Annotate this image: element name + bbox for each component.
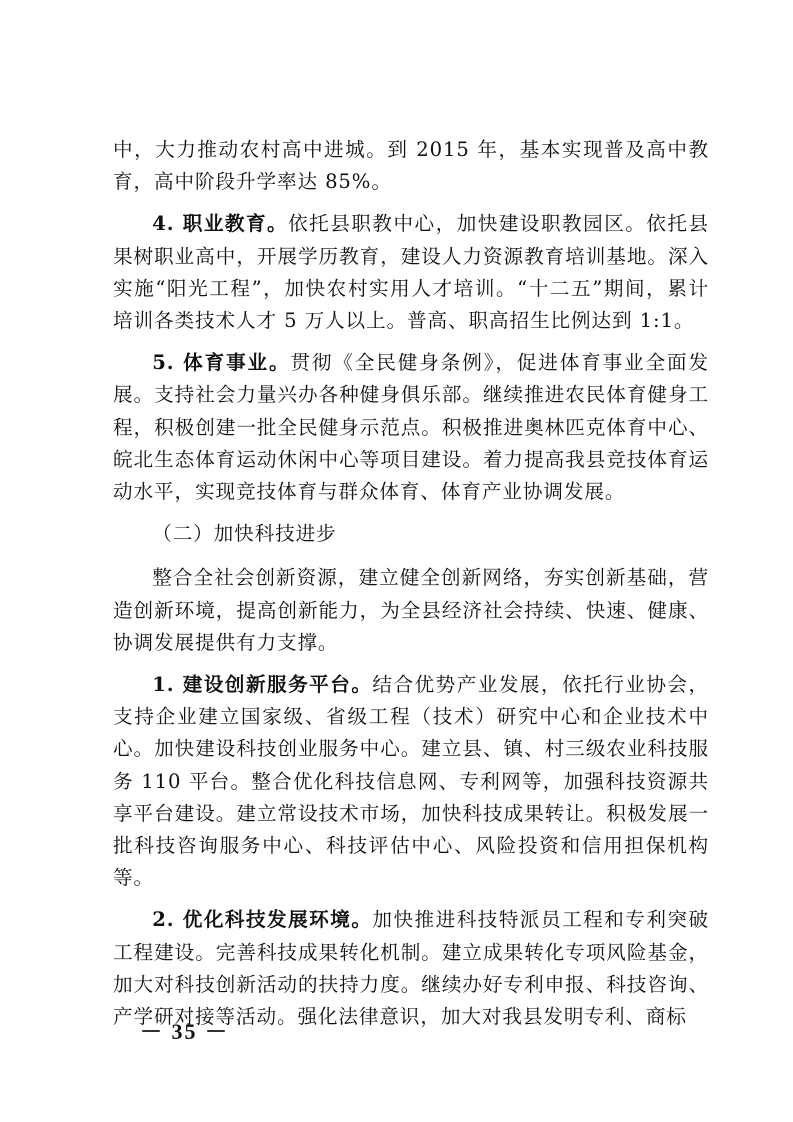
section-heading-text: （二）加快科技进步 bbox=[152, 522, 336, 545]
section-heading-tech-progress: （二）加快科技进步 bbox=[113, 518, 709, 550]
paragraph-text: 结合优势产业发展，依托行业协会，支持企业建立国家级、省级工程（技术）研究中心和企… bbox=[113, 673, 709, 889]
paragraph-lead: 1. 建设创新服务平台。 bbox=[152, 673, 372, 696]
paragraph-lead: 4. 职业教育。 bbox=[152, 212, 288, 235]
paragraph-vocational-education: 4. 职业教育。依托县职教中心，加快建设职教园区。依托县果树职业高中，开展学历教… bbox=[113, 208, 709, 337]
page-number: － 35 － bbox=[140, 1015, 229, 1046]
paragraph-lead: 5. 体育事业。 bbox=[152, 351, 290, 374]
paragraph-text: 中，大力推动农村高中进城。到 2015 年，基本实现普及高中教育，高中阶段升学率… bbox=[113, 138, 709, 193]
paragraph-lead: 2. 优化科技发展环境。 bbox=[152, 908, 372, 931]
paragraph-tech-environment: 2. 优化科技发展环境。加快推进科技特派员工程和专利突破工程建设。完善科技成果转… bbox=[113, 904, 709, 1033]
paragraph-innovation-platform: 1. 建设创新服务平台。结合优势产业发展，依托行业协会，支持企业建立国家级、省级… bbox=[113, 669, 709, 894]
document-page: 中，大力推动农村高中进城。到 2015 年，基本实现普及高中教育，高中阶段升学率… bbox=[113, 134, 709, 1043]
paragraph-sports: 5. 体育事业。贯彻《全民健身条例》，促进体育事业全面发展。支持社会力量兴办各种… bbox=[113, 347, 709, 508]
paragraph-innovation-intro: 整合全社会创新资源，建立健全创新网络，夯实创新基础，营造创新环境，提高创新能力，… bbox=[113, 562, 709, 659]
paragraph-text: 整合全社会创新资源，建立健全创新网络，夯实创新基础，营造创新环境，提高创新能力，… bbox=[113, 566, 709, 653]
paragraph-high-school-continuation: 中，大力推动农村高中进城。到 2015 年，基本实现普及高中教育，高中阶段升学率… bbox=[113, 134, 709, 198]
